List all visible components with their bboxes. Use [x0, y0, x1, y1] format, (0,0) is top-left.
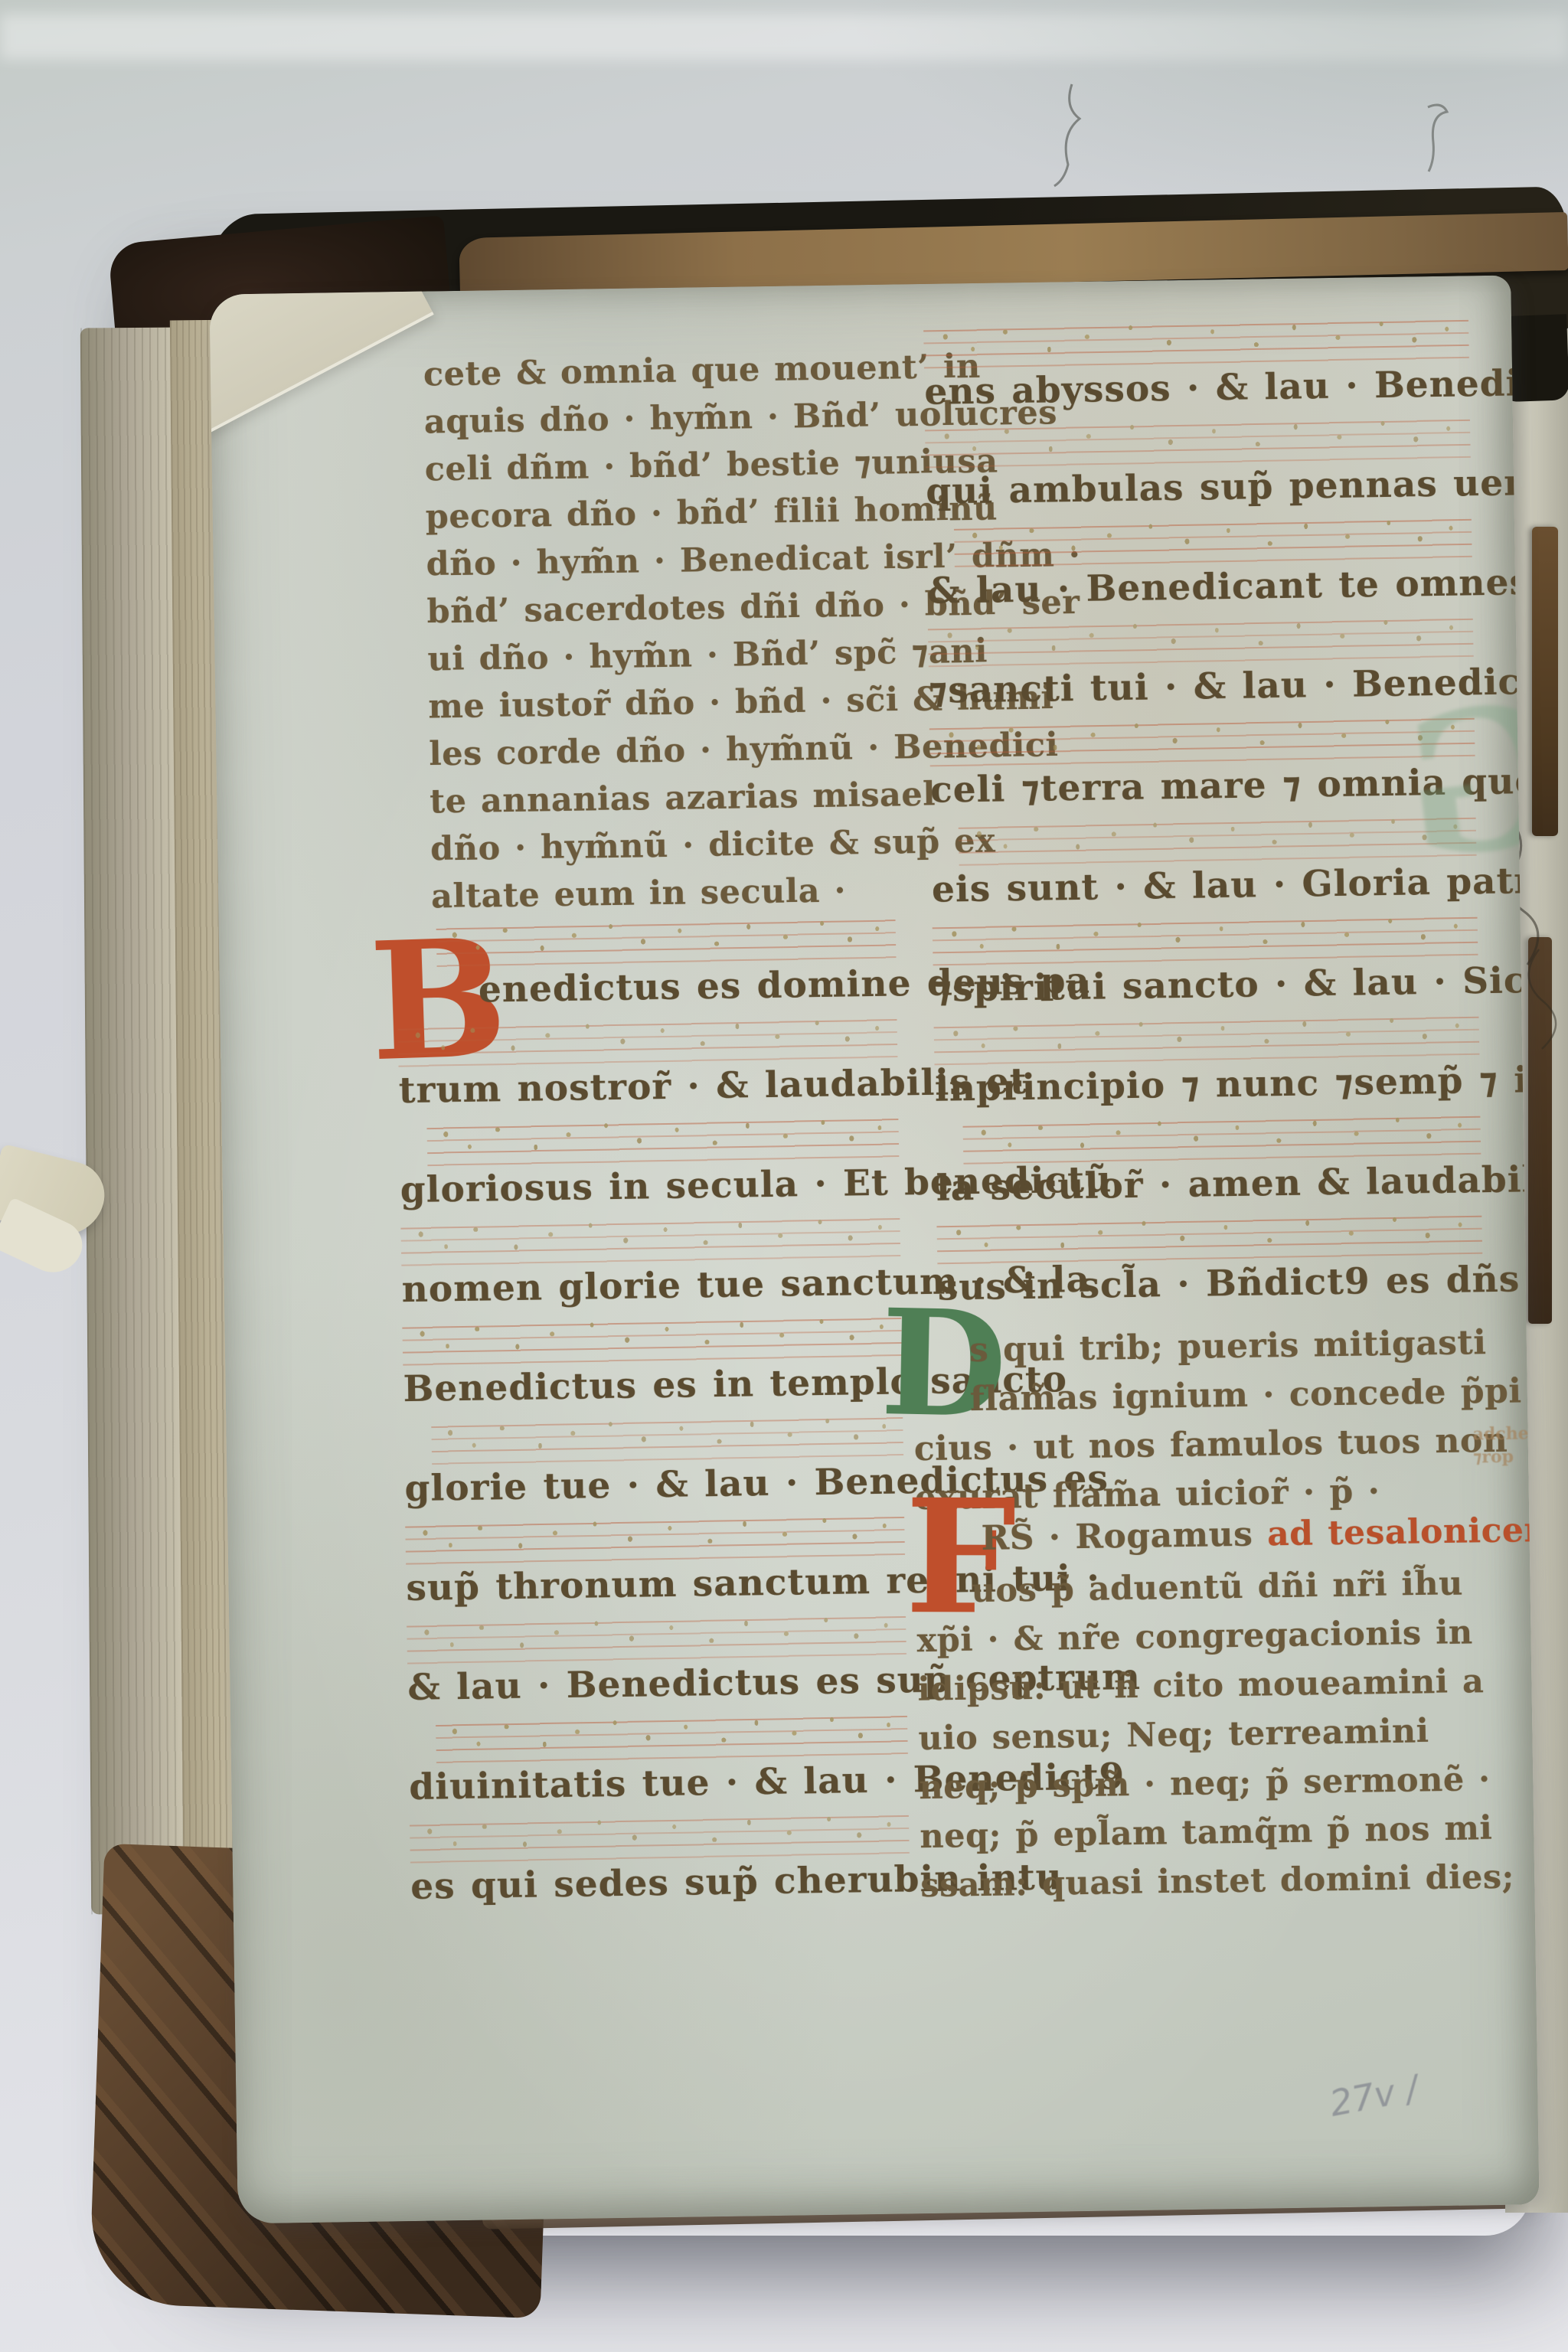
chant-text-line: sup̃ thronum sanctum regni tui ·: [406, 1557, 906, 1616]
chant-line: inprincipio ⁊ nunc ⁊semp̃ ⁊ in secu: [934, 1011, 1481, 1119]
music-staff: [407, 1609, 906, 1665]
chant-line: es qui sedes sup̃ cherubin intu: [410, 1809, 910, 1916]
music-staff: [402, 1311, 902, 1367]
music-staff: [397, 1012, 897, 1068]
chant-text-line: enedictus es domine deus pa: [397, 960, 897, 1020]
chant-text-line: la seculor̃ · amen & laudabilis ⁊glõ: [936, 1156, 1481, 1217]
folio-pencil-number: 27v /: [1326, 2067, 1421, 2125]
chant-text-line: & lau · Benedicant te omnes angeli: [927, 559, 1473, 619]
prose-text-line: dño · hym̃nũ · dicite & sup̃ ex: [430, 818, 921, 873]
prose-text-line: aquis dño · hym̃n · Bñd’ uolucres: [423, 391, 914, 446]
prose-text-line: me iustor̃ dño · bñd · sc̃i & humi: [428, 676, 919, 730]
prose-text-line: altate eum in secula ·: [431, 866, 922, 920]
epistle-line: uos p̃ aduentũ dñi nr̃i ih̃u: [916, 1559, 1485, 1616]
epistle-text: uos p̃ aduentũ dñi nr̃i ih̃uxp̃i · & nr̃…: [916, 1559, 1489, 1910]
prose-text-line: pecora dño · bñd’ filii hominũ: [425, 486, 916, 541]
margin-note-line: ⁊rop: [1473, 1445, 1528, 1468]
epistle-line: neq; p̃ epl̃am tamq̃m p̃ nos mi: [920, 1804, 1488, 1861]
collect-line: s qui trib; pueris mitigasti: [913, 1318, 1481, 1376]
left-column-chant: enedictus es domine deus pa trum nostror…: [397, 914, 910, 1917]
chant-line: la seculor̃ · amen & laudabilis ⁊glõ: [935, 1110, 1481, 1218]
chant-line: ens abyssos · & lau · Benedictus es: [923, 314, 1470, 422]
prose-text-line: te annanias azarias misael: [430, 771, 920, 825]
epistle-line: ssam: quasi instet domini dies;: [920, 1853, 1489, 1910]
collect-line: flam̃as ignium · concede p̃pi: [913, 1367, 1481, 1425]
chant-line: eis sunt · & lau · Gloria patri ⁊filio: [931, 812, 1478, 920]
chant-text-line: ⁊sancti tui · & lau · Benedicant te: [929, 658, 1475, 719]
chant-line: Benedictus es in templo sancto: [402, 1312, 903, 1419]
epistle-opening-line: RS̃ · Rogamus ad tesalonicenses.: [915, 1506, 1539, 1564]
chant-line: diuinitatis tue · & lau · Benedict9: [408, 1710, 909, 1817]
epistle-opening: RS̃ · Rogamus: [981, 1515, 1253, 1558]
prose-text-line: ui dño · hym̃n · Bñd’ spc̃ ⁊ani: [427, 629, 918, 683]
epistle-rubric: ad tesalonicenses.: [1267, 1510, 1540, 1554]
music-staff: [400, 1211, 900, 1267]
chant-line: glorie tue · & lau · Benedictus es: [403, 1411, 904, 1518]
margin-note: adche⁊rop: [1472, 1422, 1528, 1468]
chant-text-line: sus in scl̃a · Bñdict9 es dñs d̃s · coll…: [937, 1256, 1483, 1316]
chant-text-line: es qui sedes sup̃ cherubin intu: [410, 1855, 910, 1915]
chant-text-line: gloriosus in secula · Et benedictũ: [400, 1159, 900, 1219]
chant-line: nomen glorie tue sanctum · & la: [400, 1213, 901, 1320]
chant-line: gloriosus in secula · Et benedictũ: [399, 1113, 900, 1220]
chant-line: ⁊spiritui sancto · & lau · Sicut erat: [933, 911, 1479, 1019]
prose-text-line: les corde dño · hym̃nũ · Benedici: [429, 724, 920, 778]
chant-text-line: Benedictus es in templo sancto: [403, 1357, 903, 1417]
chant-line: & lau · Benedictus es sup̃ ceptrum: [407, 1610, 907, 1717]
epistle-line: xp̃i · & nr̃e congregacionis in: [916, 1608, 1485, 1665]
right-column-chant: ens abyssos · & lau · Benedictus es qui …: [923, 314, 1481, 1217]
chant-text-line: glorie tue · & lau · Benedictus es: [404, 1457, 904, 1517]
prose-text-line: cete & omnia que mouent’ in: [423, 344, 914, 398]
chant-line: celi ⁊terra mare ⁊ omnia que in: [929, 712, 1476, 820]
chant-line: trum nostror̃ · & laudabilis et: [397, 1014, 898, 1121]
left-column-prose: cete & omnia que mouent’ inaquis dño · h…: [423, 344, 922, 920]
music-staff: [410, 1808, 910, 1864]
chant-line: ⁊sancti tui · & lau · Benedicant te: [928, 612, 1475, 720]
chant-text-line: diuinitatis tue · & lau · Benedict9: [409, 1756, 909, 1815]
epistle-line: uio sensu; Neq; terreamini: [918, 1706, 1487, 1763]
chant-line: qui ambulas sup̃ pennas uentor̃ ·: [925, 413, 1472, 521]
epistle-line: neq; p̃ spm̃ · neq; p̃ sermonẽ ·: [919, 1755, 1488, 1812]
stray-threads: [980, 38, 1516, 191]
music-staff: [436, 1709, 908, 1764]
chant-text-line: celi ⁊terra mare ⁊ omnia que in: [930, 758, 1476, 818]
prose-text-line: celi dñm · bñd’ bestie ⁊uniusa: [424, 439, 915, 493]
chant-text-line: inprincipio ⁊ nunc ⁊semp̃ ⁊ in secu: [934, 1057, 1480, 1117]
music-staff: [426, 1112, 899, 1167]
music-staff: [431, 1410, 903, 1465]
margin-note-line: adche: [1472, 1422, 1527, 1445]
music-staff: [405, 1510, 905, 1566]
chant-line: enedictus es domine deus pa: [397, 914, 897, 1021]
chant-line: sup̃ thronum sanctum regni tui ·: [405, 1511, 906, 1618]
chant-line-with-rubric: sus in scl̃a · Bñdict9 es dñs d̃s · coll…: [936, 1210, 1483, 1318]
epistle-line: idipsũ: ut ñ cito moueamini a: [917, 1657, 1486, 1714]
chant-text-line: trum nostror̃ · & laudabilis et: [398, 1060, 898, 1119]
chant-text-line: ⁊spiritui sancto · & lau · Sicut erat: [933, 957, 1479, 1018]
music-staff: [436, 913, 896, 968]
prose-text-line: dño · hym̃n · Benedicat isrl’ dñm ·: [426, 534, 916, 588]
chant-line: & lau · Benedicant te omnes angeli: [926, 513, 1473, 621]
manuscript-page: cete & omnia que mouent’ inaquis dño · h…: [209, 276, 1539, 2224]
chant-text-line: eis sunt · & lau · Gloria patri ⁊filio: [932, 857, 1478, 918]
chant-text-line: ens abyssos · & lau · Benedictus es: [924, 360, 1470, 420]
chant-text-line: qui ambulas sup̃ pennas uentor̃ ·: [926, 459, 1472, 520]
spine-strap-upper: [1532, 527, 1558, 836]
page-corner-fold: [209, 276, 433, 436]
chant-text-line: nomen glorie tue sanctum · & la: [401, 1258, 901, 1318]
chant-text-line: & lau · Benedictus es sup̃ ceptrum: [407, 1656, 907, 1716]
prose-text-line: bñd’ sacerdotes dñi dño · bñd’ ser: [426, 581, 917, 635]
